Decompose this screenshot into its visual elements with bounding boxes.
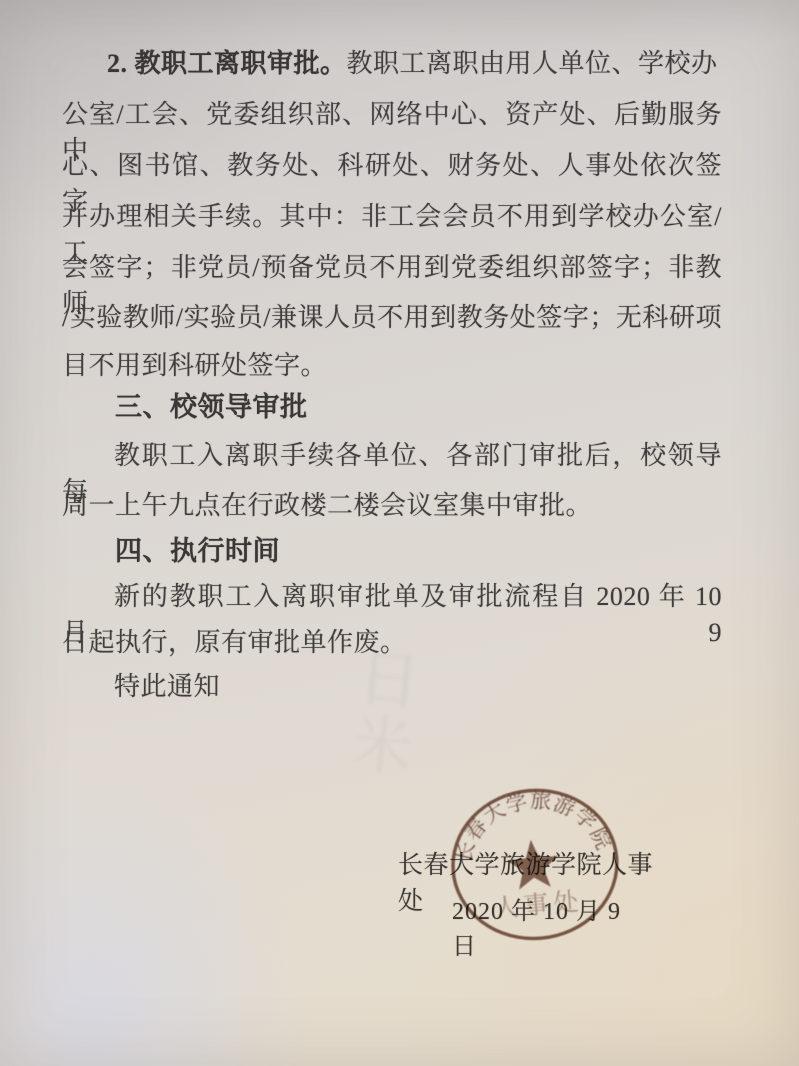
section-heading-3: 三、校领导审批	[62, 389, 775, 425]
signature-date: 2020 年 10 月 9 日	[452, 891, 652, 961]
page-bleedthrough-text: 日米	[331, 643, 439, 784]
doc-line: 2. 教职工离职审批。教职工离职由用人单位、学校办	[62, 46, 722, 82]
doc-line: 周一上午九点在行政楼二楼会议室集中审批。	[62, 488, 722, 524]
doc-line-text: 教职工离职由用人单位、学校办	[347, 49, 718, 78]
doc-line: 目不用到科研处签字。	[62, 348, 722, 384]
closing-line: 特此通知	[62, 669, 722, 705]
doc-line: /实验教师/实验员/兼课人员不用到教务处签字；无科研项	[62, 300, 722, 336]
document-photo: 日米 2. 教职工离职审批。教职工离职由用人单位、学校办 公室/工会、党委组织部…	[0, 0, 799, 1066]
doc-line: 日起执行，原有审批单作废。	[62, 625, 722, 661]
doc-line-lead: 2. 教职工离职审批。	[107, 49, 347, 78]
section-heading-4: 四、执行时间	[62, 533, 775, 569]
